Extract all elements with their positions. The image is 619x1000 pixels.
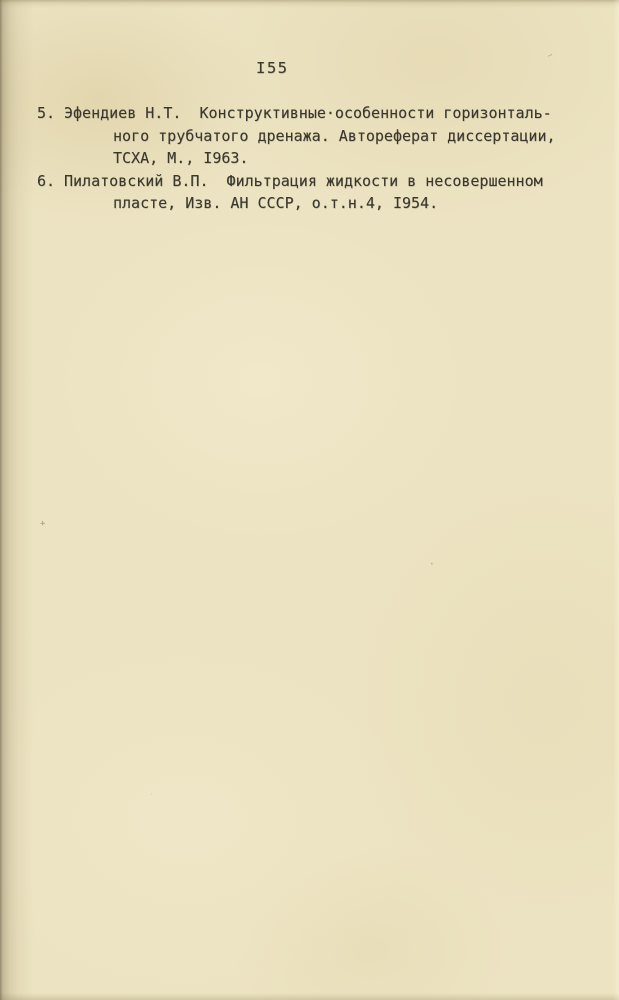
- entry-line: ного трубчатого дренажа. Автореферат дис…: [113, 125, 597, 148]
- paper-scratch: ~: [546, 51, 555, 62]
- entry-number: 5.: [37, 102, 64, 125]
- paper-speck: ·: [150, 790, 154, 799]
- page-number: I55: [256, 59, 289, 77]
- entry-number: 6.: [37, 170, 64, 193]
- entry-line: пласте, Изв. АН СССР, о.т.н.4, I954.: [113, 192, 597, 215]
- paper-mark: +: [40, 520, 45, 529]
- entry-line: ТСХА, М., I963.: [113, 147, 597, 170]
- scanned-page: I55 5.Эфендиев Н.Т. Конструктивные·особе…: [0, 0, 619, 1000]
- paper-speck: •: [430, 560, 434, 569]
- bibliography-list: 5.Эфендиев Н.Т. Конструктивные·особеннос…: [37, 102, 597, 215]
- bibliography-entry-5: 5.Эфендиев Н.Т. Конструктивные·особеннос…: [37, 102, 597, 170]
- entry-line: 6.Пилатовский В.П. Фильтрация жидкости в…: [37, 170, 597, 193]
- page-right-edge: [613, 0, 619, 1000]
- entry-text: Пилатовский В.П. Фильтрация жидкости в н…: [64, 172, 543, 190]
- entry-text: Эфендиев Н.Т. Конструктивные·особенности…: [64, 104, 552, 122]
- bibliography-entry-6: 6.Пилатовский В.П. Фильтрация жидкости в…: [37, 170, 597, 215]
- page-top-edge: [0, 0, 619, 8]
- binding-shadow: [0, 0, 34, 1000]
- entry-line: 5.Эфендиев Н.Т. Конструктивные·особеннос…: [37, 102, 597, 125]
- page-bottom-edge: [0, 993, 619, 1000]
